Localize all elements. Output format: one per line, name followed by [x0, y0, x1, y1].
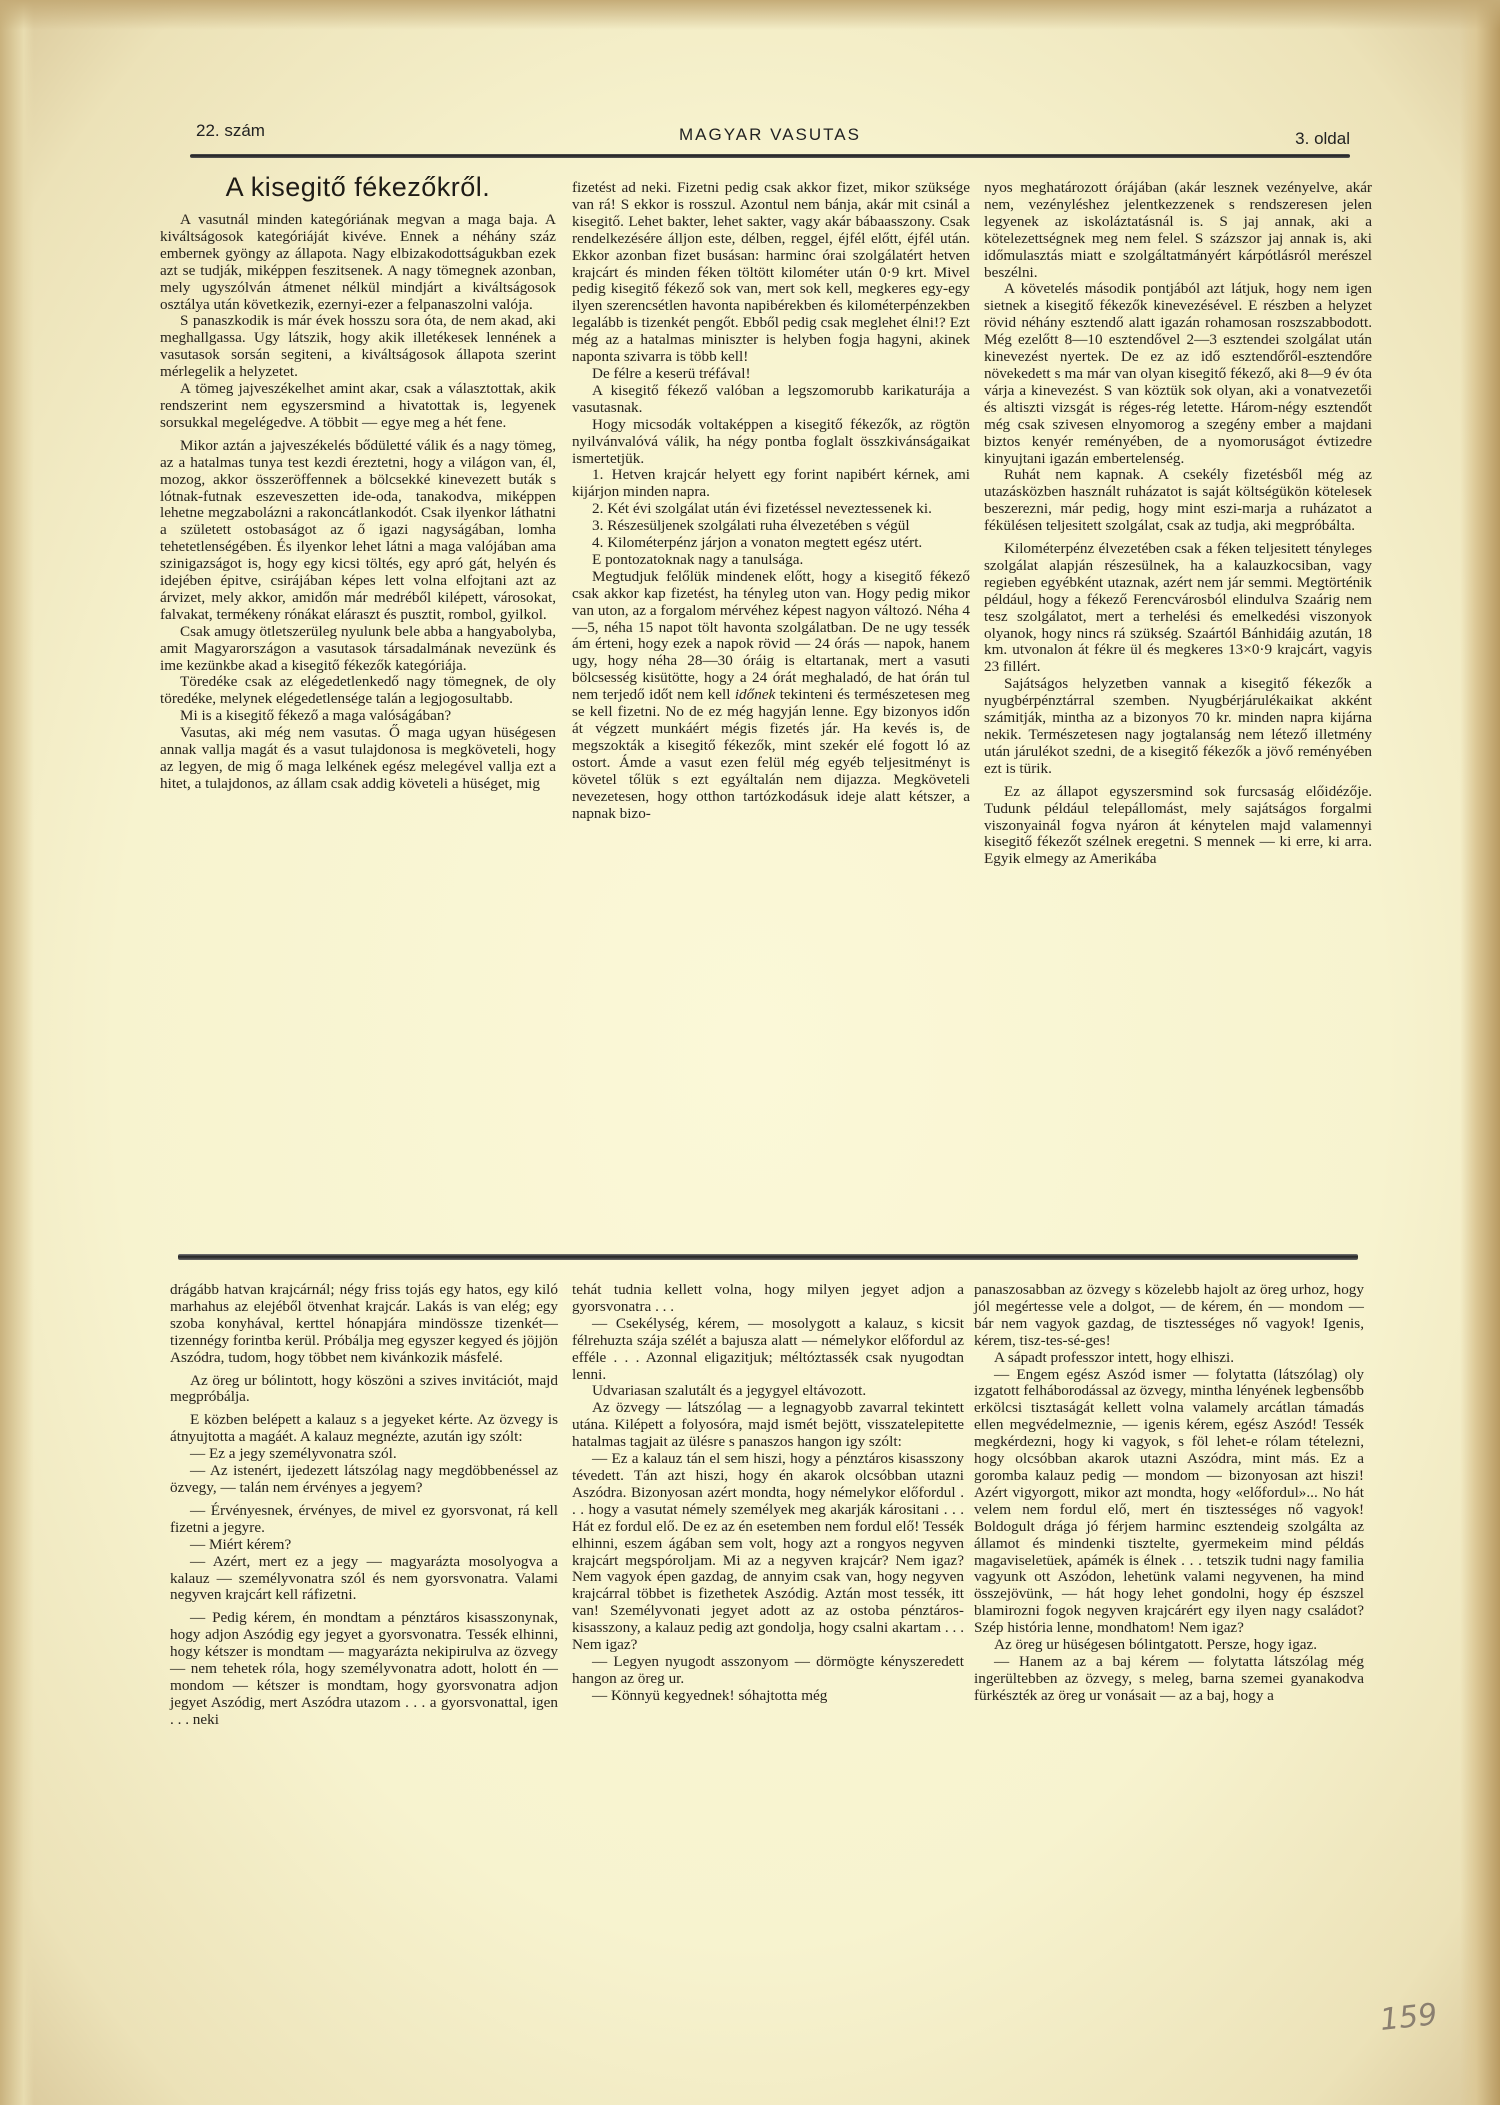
dialogue-line: — Miért kérem?: [170, 1537, 558, 1554]
dialogue-line: — Legyen nyugodt asszonyom — dörmögte ké…: [572, 1654, 964, 1688]
newspaper-page: 22. szám MAGYAR VASUTAS 3. oldal A kiseg…: [0, 0, 1500, 2105]
paragraph: Udvariasan szalutált és a jegygyel eltáv…: [572, 1383, 964, 1400]
paragraph: Töredéke csak az elégedetlenkedő nagy tö…: [160, 674, 556, 708]
list-item: 4. Kilométerpénz járjon a vonaton megtet…: [572, 535, 970, 552]
header-rule: [190, 154, 1350, 158]
paragraph: A követelés második pontjából azt látjuk…: [984, 281, 1372, 467]
paragraph: A kisegitő fékező valóban a legszomorubb…: [572, 383, 970, 417]
story-column-1: drágább hatvan krajcárnál; négy friss to…: [170, 1282, 558, 1729]
dialogue-line: — Azért, mert ez a jegy — magyarázta mos…: [170, 1554, 558, 1605]
paragraph: Vasutas, aki még nem vasutas. Ő maga ugy…: [160, 725, 556, 793]
paragraph: panaszosabban az özvegy s közelebb hajol…: [974, 1282, 1364, 1350]
page-header: 22. szám MAGYAR VASUTAS 3. oldal: [190, 121, 1350, 151]
paragraph: Ez az állapot egyszersmind sok furcsaság…: [984, 784, 1372, 869]
paragraph: Az özvegy — látszólag — a legnagyobb zav…: [572, 1400, 964, 1451]
dialogue-line: — Ez a jegy személyvonatra szól.: [170, 1446, 558, 1463]
dialogue-line: — Ez a kalauz tán el sem hiszi, hogy a p…: [572, 1451, 964, 1654]
paragraph: drágább hatvan krajcárnál; négy friss to…: [170, 1282, 558, 1367]
paragraph: A tömeg jajveszékelhet amint akar, csak …: [160, 381, 556, 432]
page-edge-left: [0, 0, 34, 2105]
story-column-2: tehát tudnia kellett volna, hogy milyen …: [572, 1282, 964, 1705]
dialogue-line: — Érvényesnek, érvényes, de mivel ez gyo…: [170, 1503, 558, 1537]
dialogue-line: — Könnyü kegyednek! sóhajtotta még: [572, 1688, 964, 1705]
dialogue-line: — Csekélység, kérem, — mosolygott a kala…: [572, 1316, 964, 1384]
paragraph: Kilométerpénz élvezetében csak a féken t…: [984, 541, 1372, 676]
paragraph: A vasutnál minden kategóriának megvan a …: [160, 212, 556, 313]
italic-emphasis: időnek: [735, 686, 775, 703]
paragraph: Hogy micsodák voltaképpen a kisegitő fék…: [572, 417, 970, 468]
paragraph: Mikor aztán a jajveszékelés bődületté vá…: [160, 438, 556, 624]
dialogue-line: — Hanem az a baj kérem — folytatta látsz…: [974, 1654, 1364, 1705]
paragraph: nyos meghatározott órájában (akár leszne…: [984, 180, 1372, 281]
paragraph: Mi is a kisegitő fékező a maga valóságáb…: [160, 708, 556, 725]
paragraph: S panaszkodik is már évek hosszu sora ót…: [160, 313, 556, 381]
paragraph: E közben belépett a kalauz s a jegyeket …: [170, 1412, 558, 1446]
text-run: Megtudjuk felőlük mindenek előtt, hogy a…: [572, 568, 970, 703]
paragraph: Sajátságos helyzetben vannak a kisegitő …: [984, 676, 1372, 777]
masthead: MAGYAR VASUTAS: [190, 125, 1350, 145]
article-column-1: A kisegitő fékezőkről. A vasutnál minden…: [160, 172, 556, 793]
handwritten-page-number: 159: [1378, 1997, 1439, 2038]
paragraph: Az öreg ur hüségesen bólintgatott. Persz…: [974, 1637, 1364, 1654]
dialogue-line: — Az istenért, ijedezett látszólag nagy …: [170, 1463, 558, 1497]
list-item: 1. Hetven krajcár helyett egy forint nap…: [572, 467, 970, 501]
article-title: A kisegitő fékezőkről.: [160, 172, 556, 202]
dialogue-line: — Pedig kérem, én mondtam a pénztáros ki…: [170, 1610, 558, 1728]
section-divider: [178, 1254, 1358, 1260]
paragraph: tehát tudnia kellett volna, hogy milyen …: [572, 1282, 964, 1316]
article-column-2: fizetést ad neki. Fizetni pedig csak akk…: [572, 180, 970, 822]
page-edge-top: [0, 0, 1500, 30]
paragraph: Ruhát nem kapnak. A csekély fizetésből m…: [984, 467, 1372, 535]
paragraph: Csak amugy ötletszerüleg nyulunk bele ab…: [160, 624, 556, 675]
article-column-3: nyos meghatározott órájában (akár leszne…: [984, 180, 1372, 868]
page-edge-right: [1460, 0, 1500, 2105]
paragraph: fizetést ad neki. Fizetni pedig csak akk…: [572, 180, 970, 366]
dialogue-line: — Engem egész Aszód ismer — folytatta (l…: [974, 1367, 1364, 1638]
paragraph: Az öreg ur bólintott, hogy köszöni a szi…: [170, 1373, 558, 1407]
story-column-3: panaszosabban az özvegy s közelebb hajol…: [974, 1282, 1364, 1705]
page-number: 3. oldal: [1295, 129, 1350, 149]
text-run: tekinteni és természetesen meg se kell f…: [572, 686, 970, 821]
paragraph: A sápadt professzor intett, hogy elhiszi…: [974, 1350, 1364, 1367]
paragraph: E pontozatoknak nagy a tanulsága.: [572, 552, 970, 569]
list-item: 3. Részesüljenek szolgálati ruha élvezet…: [572, 518, 970, 535]
paragraph: De félre a keserü tréfával!: [572, 366, 970, 383]
paragraph: Megtudjuk felőlük mindenek előtt, hogy a…: [572, 569, 970, 823]
list-item: 2. Két évi szolgálat után évi fizetéssel…: [572, 501, 970, 518]
